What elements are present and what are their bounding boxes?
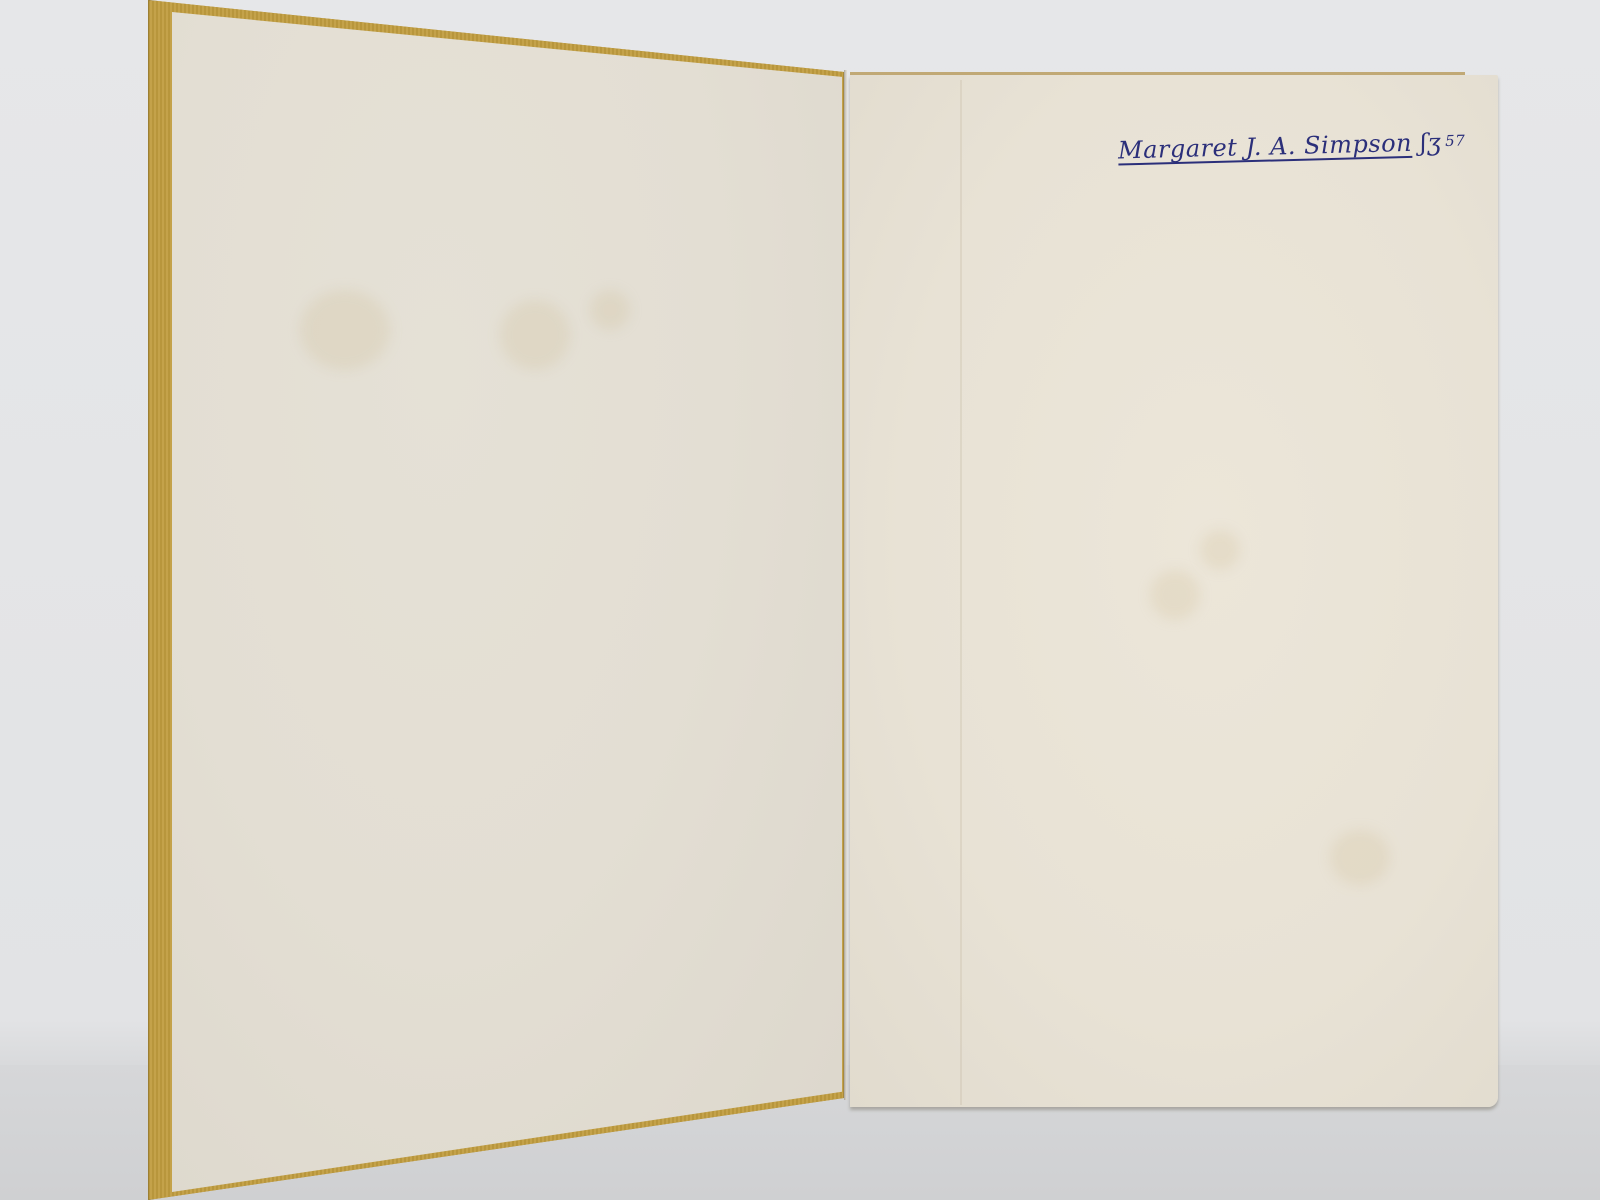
page-fold-line [960, 80, 962, 1105]
page-stain [300, 290, 390, 370]
inscription-flourish: ʃʒ [1420, 128, 1442, 157]
page-stain [1150, 570, 1200, 620]
book-gutter [844, 70, 847, 1100]
page-stain [1200, 530, 1240, 570]
left-endpaper [172, 12, 842, 1192]
page-stain [500, 300, 570, 370]
inscription-year: 57 [1445, 131, 1466, 150]
page-stain [1330, 830, 1390, 885]
page-stain [590, 290, 630, 330]
